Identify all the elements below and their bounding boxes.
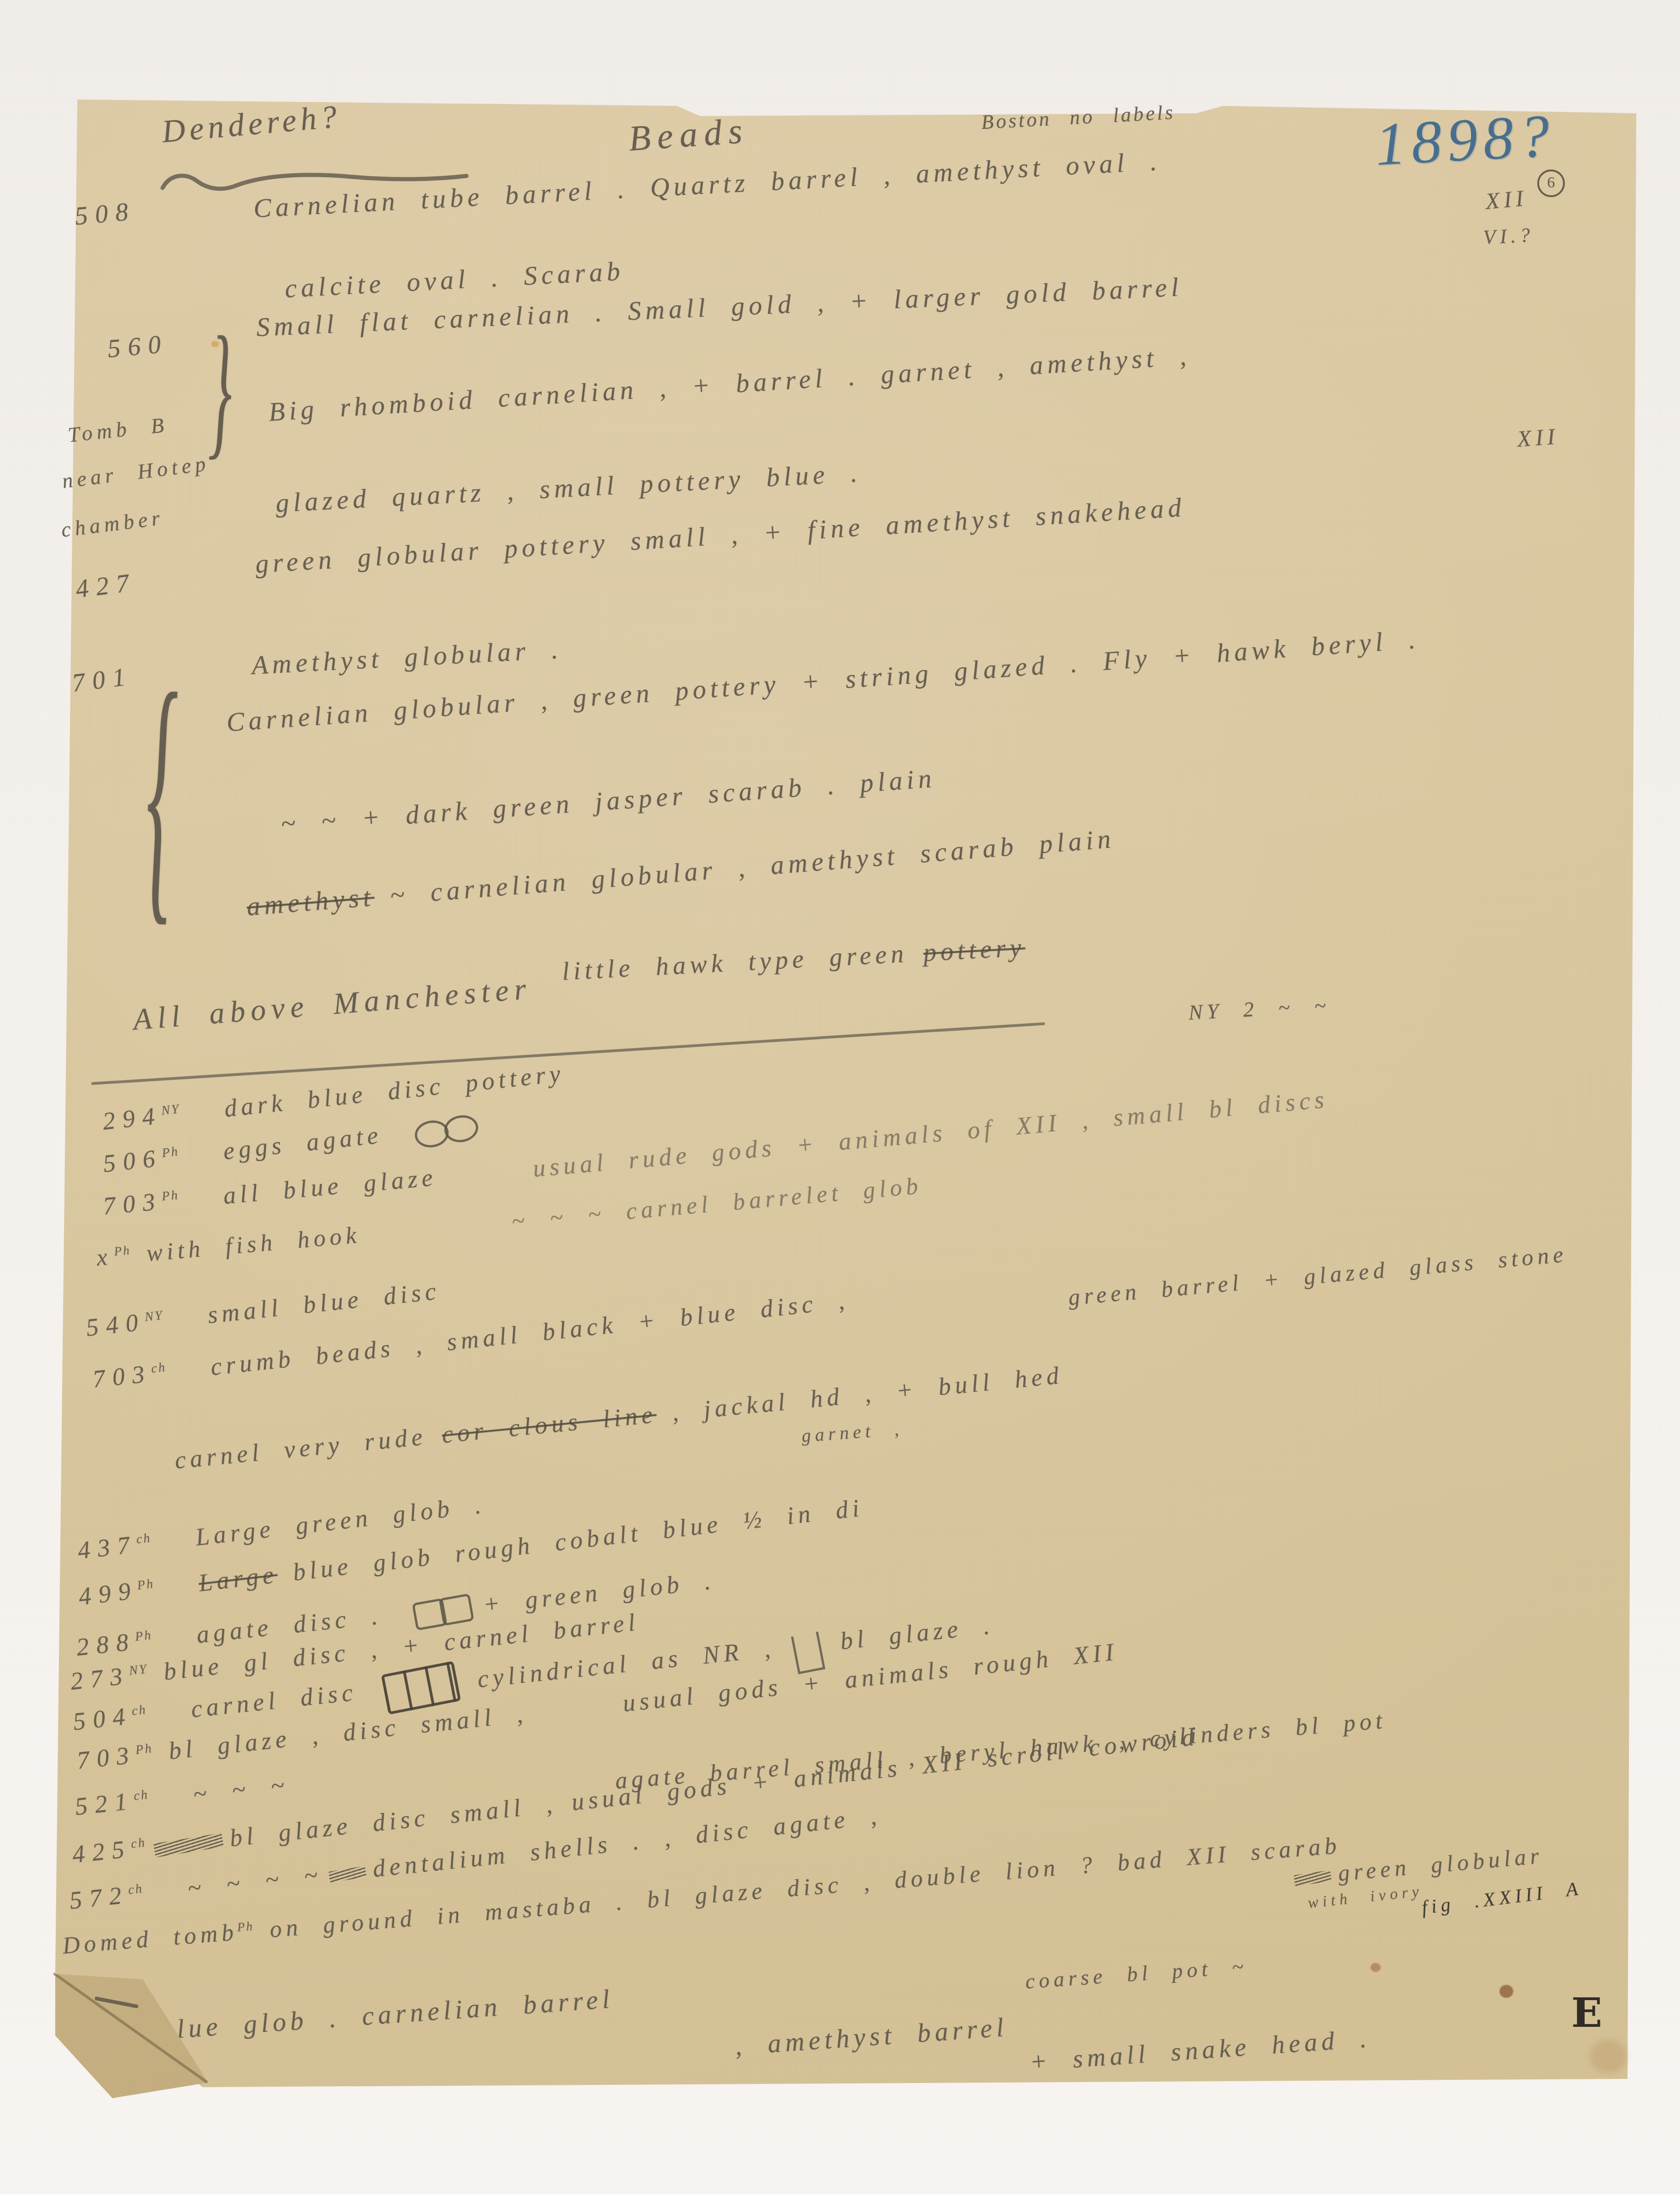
entry-number: x	[95, 1243, 116, 1271]
bead-sketch-open-box	[791, 1631, 825, 1674]
plate-mark: XII	[1517, 425, 1560, 450]
plate-mark: VI.?	[1483, 225, 1535, 248]
entry-number: 508	[74, 198, 136, 229]
museum-code: Ph	[161, 1188, 180, 1204]
museum-code: Ph	[136, 1577, 155, 1593]
museum-code: NY	[144, 1308, 164, 1325]
entry-number: 703	[102, 1187, 163, 1220]
struck-word: pottery	[922, 933, 1026, 967]
museum-code: ch	[130, 1835, 147, 1851]
museum-code: Ph	[161, 1144, 180, 1161]
entry-number: 427	[74, 569, 138, 602]
entry-number: 560	[106, 331, 169, 362]
entry-number: 701	[70, 663, 134, 696]
entry-number: 288	[75, 1628, 137, 1661]
museum-code: ch	[131, 1703, 147, 1718]
paper-stain	[1590, 2039, 1627, 2073]
grouping-brace: }	[208, 314, 232, 464]
grouping-brace: {	[146, 653, 178, 934]
museum-code: ch	[151, 1360, 167, 1376]
museum-code: Ph	[135, 1741, 153, 1757]
scribbled-out-word	[328, 1866, 367, 1882]
year-annotation: 1898?	[1374, 105, 1556, 175]
museum-code: Ph	[134, 1628, 153, 1644]
entry-number: 506	[102, 1144, 164, 1178]
plate-mark: XII	[1485, 186, 1528, 213]
museum-code: Ph	[113, 1243, 131, 1258]
museum-code: ch	[128, 1881, 144, 1897]
museum-code: NY	[128, 1662, 148, 1678]
museum-code: NY	[161, 1102, 181, 1118]
scribbled-out-word	[1294, 1870, 1332, 1886]
museum-code: Ph	[237, 1919, 254, 1934]
entry-number: 504	[72, 1702, 134, 1735]
museum-code: ch	[133, 1787, 150, 1803]
museum-code: ch	[135, 1531, 152, 1546]
page-title: Beads	[628, 112, 750, 157]
scan-background: Dendereh? Beads Boston no labels 1898? 6…	[0, 0, 1680, 2194]
paper-stain	[1499, 1985, 1513, 1998]
circled-page-number: 6	[1537, 169, 1565, 197]
corpus-letter: E	[1571, 1992, 1602, 2033]
paper-stain	[1371, 1963, 1381, 1972]
